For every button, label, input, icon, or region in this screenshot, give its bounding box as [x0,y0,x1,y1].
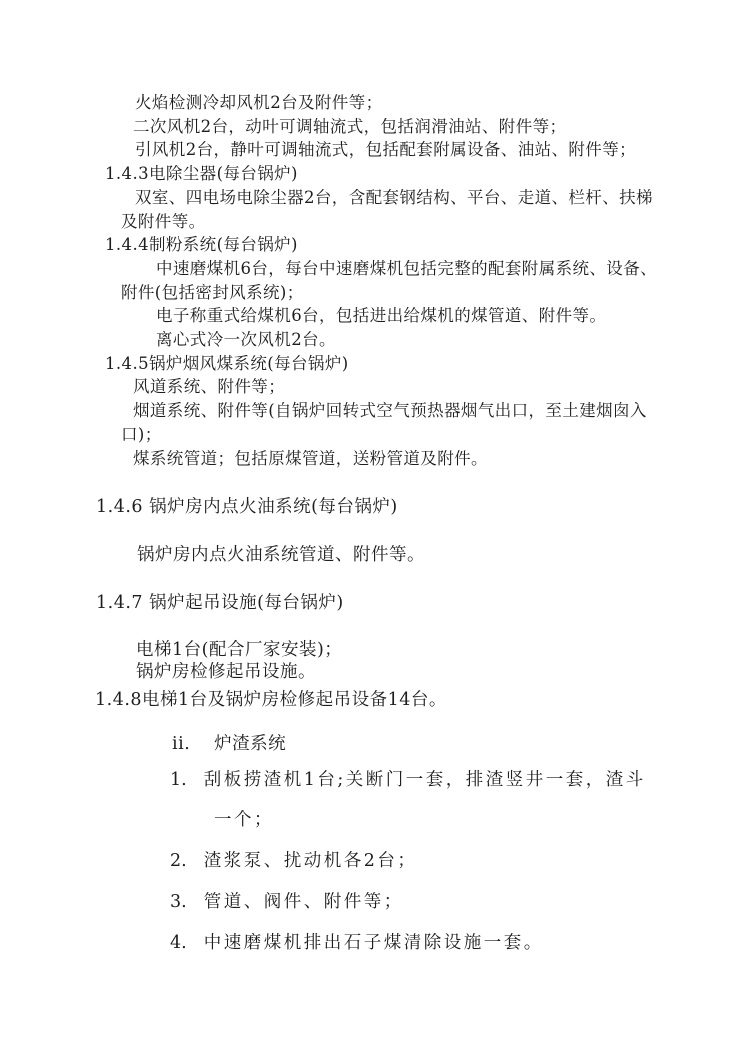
section-heading-1-4-5: 1.4.5锅炉烟风煤系统(每台锅炉) [105,354,349,374]
list-item-4-text: 中速磨煤机排出石子煤清除设施一套。 [204,933,544,954]
list-marker-3: 3. [170,892,187,913]
paragraph-line-precipitator-cont: 及附件等。 [121,212,206,232]
list-marker-1: 1. [170,770,187,791]
paragraph-line-flue-duct-cont: 口)； [121,425,162,445]
paragraph-line-precipitator: 双室、四电场电除尘器2台，含配套钢结构、平台、走道、栏杆、扶梯 [135,188,653,208]
list-item-title-slag-system: 炉渣系统 [214,734,286,755]
paragraph-line-air-duct: 风道系统、附件等； [133,377,285,397]
section-heading-1-4-6: 1.4.6 锅炉房内点火油系统(每台锅炉) [96,497,398,518]
list-marker-4: 4. [170,933,187,954]
list-item-3-text: 管道、阀件、附件等； [204,892,404,913]
paragraph-line-flue-duct: 烟道系统、附件等(自锅炉回转式空气预热器烟气出口，至土建烟囱入 [133,401,647,421]
section-heading-1-4-7: 1.4.7 锅炉起吊设施(每台锅炉) [96,593,344,614]
paragraph-line-hoisting-facility: 锅炉房检修起吊设施。 [136,662,316,683]
paragraph-line-secondary-fan: 二次风机2台，动叶可调轴流式，包括润滑油站、附件等； [133,117,566,137]
paragraph-line-flame-detection-fan: 火焰检测冷却风机2台及附件等； [135,93,383,113]
paragraph-line-induced-fan: 引风机2台，静叶可调轴流式，包括配套附属设备、油站、附件等； [135,140,636,160]
paragraph-line-elevator: 电梯1台(配合厂家安装)； [136,640,342,661]
list-item-1-continuation: 一个； [214,810,274,831]
document-page: 火焰检测冷却风机2台及附件等； 二次风机2台，动叶可调轴流式，包括润滑油站、附件… [0,0,744,1052]
list-item-roman-ii: ii. 炉渣系统 [172,734,286,755]
paragraph-line-coal-mill: 中速磨煤机6台，每台中速磨煤机包括完整的配套附属系统、设备、 [156,259,657,279]
list-item-4: 4. 中速磨煤机排出石子煤清除设施一套。 [170,933,544,954]
section-heading-1-4-3: 1.4.3电除尘器(每台锅炉) [105,164,298,184]
section-heading-1-4-4: 1.4.4制粉系统(每台锅炉) [105,235,298,255]
paragraph-line-coal-piping: 煤系统管道；包括原煤管道，送粉管道及附件。 [133,449,488,469]
list-item-1: 1. 刮板捞渣机1台;关断门一套，排渣竖井一套，渣斗 [170,770,646,791]
paragraph-line-coal-feeder: 电子称重式给煤机6台，包括进出给煤机的煤管道、附件等。 [156,306,606,326]
list-marker-2: 2. [170,851,187,872]
list-marker-ii: ii. [172,734,194,755]
section-heading-1-4-8: 1.4.8电梯1台及锅炉房检修起吊设备14台。 [95,690,447,711]
paragraph-line-coal-mill-cont: 附件(包括密封风系统)； [121,283,304,303]
paragraph-line-ignition-oil: 锅炉房内点火油系统管道、附件等。 [137,545,425,566]
paragraph-line-primary-fan: 离心式冷一次风机2台。 [156,330,336,350]
list-item-3: 3. 管道、阀件、附件等； [170,892,404,913]
list-item-2-text: 渣浆泵、扰动机各2台； [204,851,418,872]
list-item-1-text: 刮板捞渣机1台;关断门一套，排渣竖井一套，渣斗 [204,770,646,791]
list-item-2: 2. 渣浆泵、扰动机各2台； [170,851,417,872]
